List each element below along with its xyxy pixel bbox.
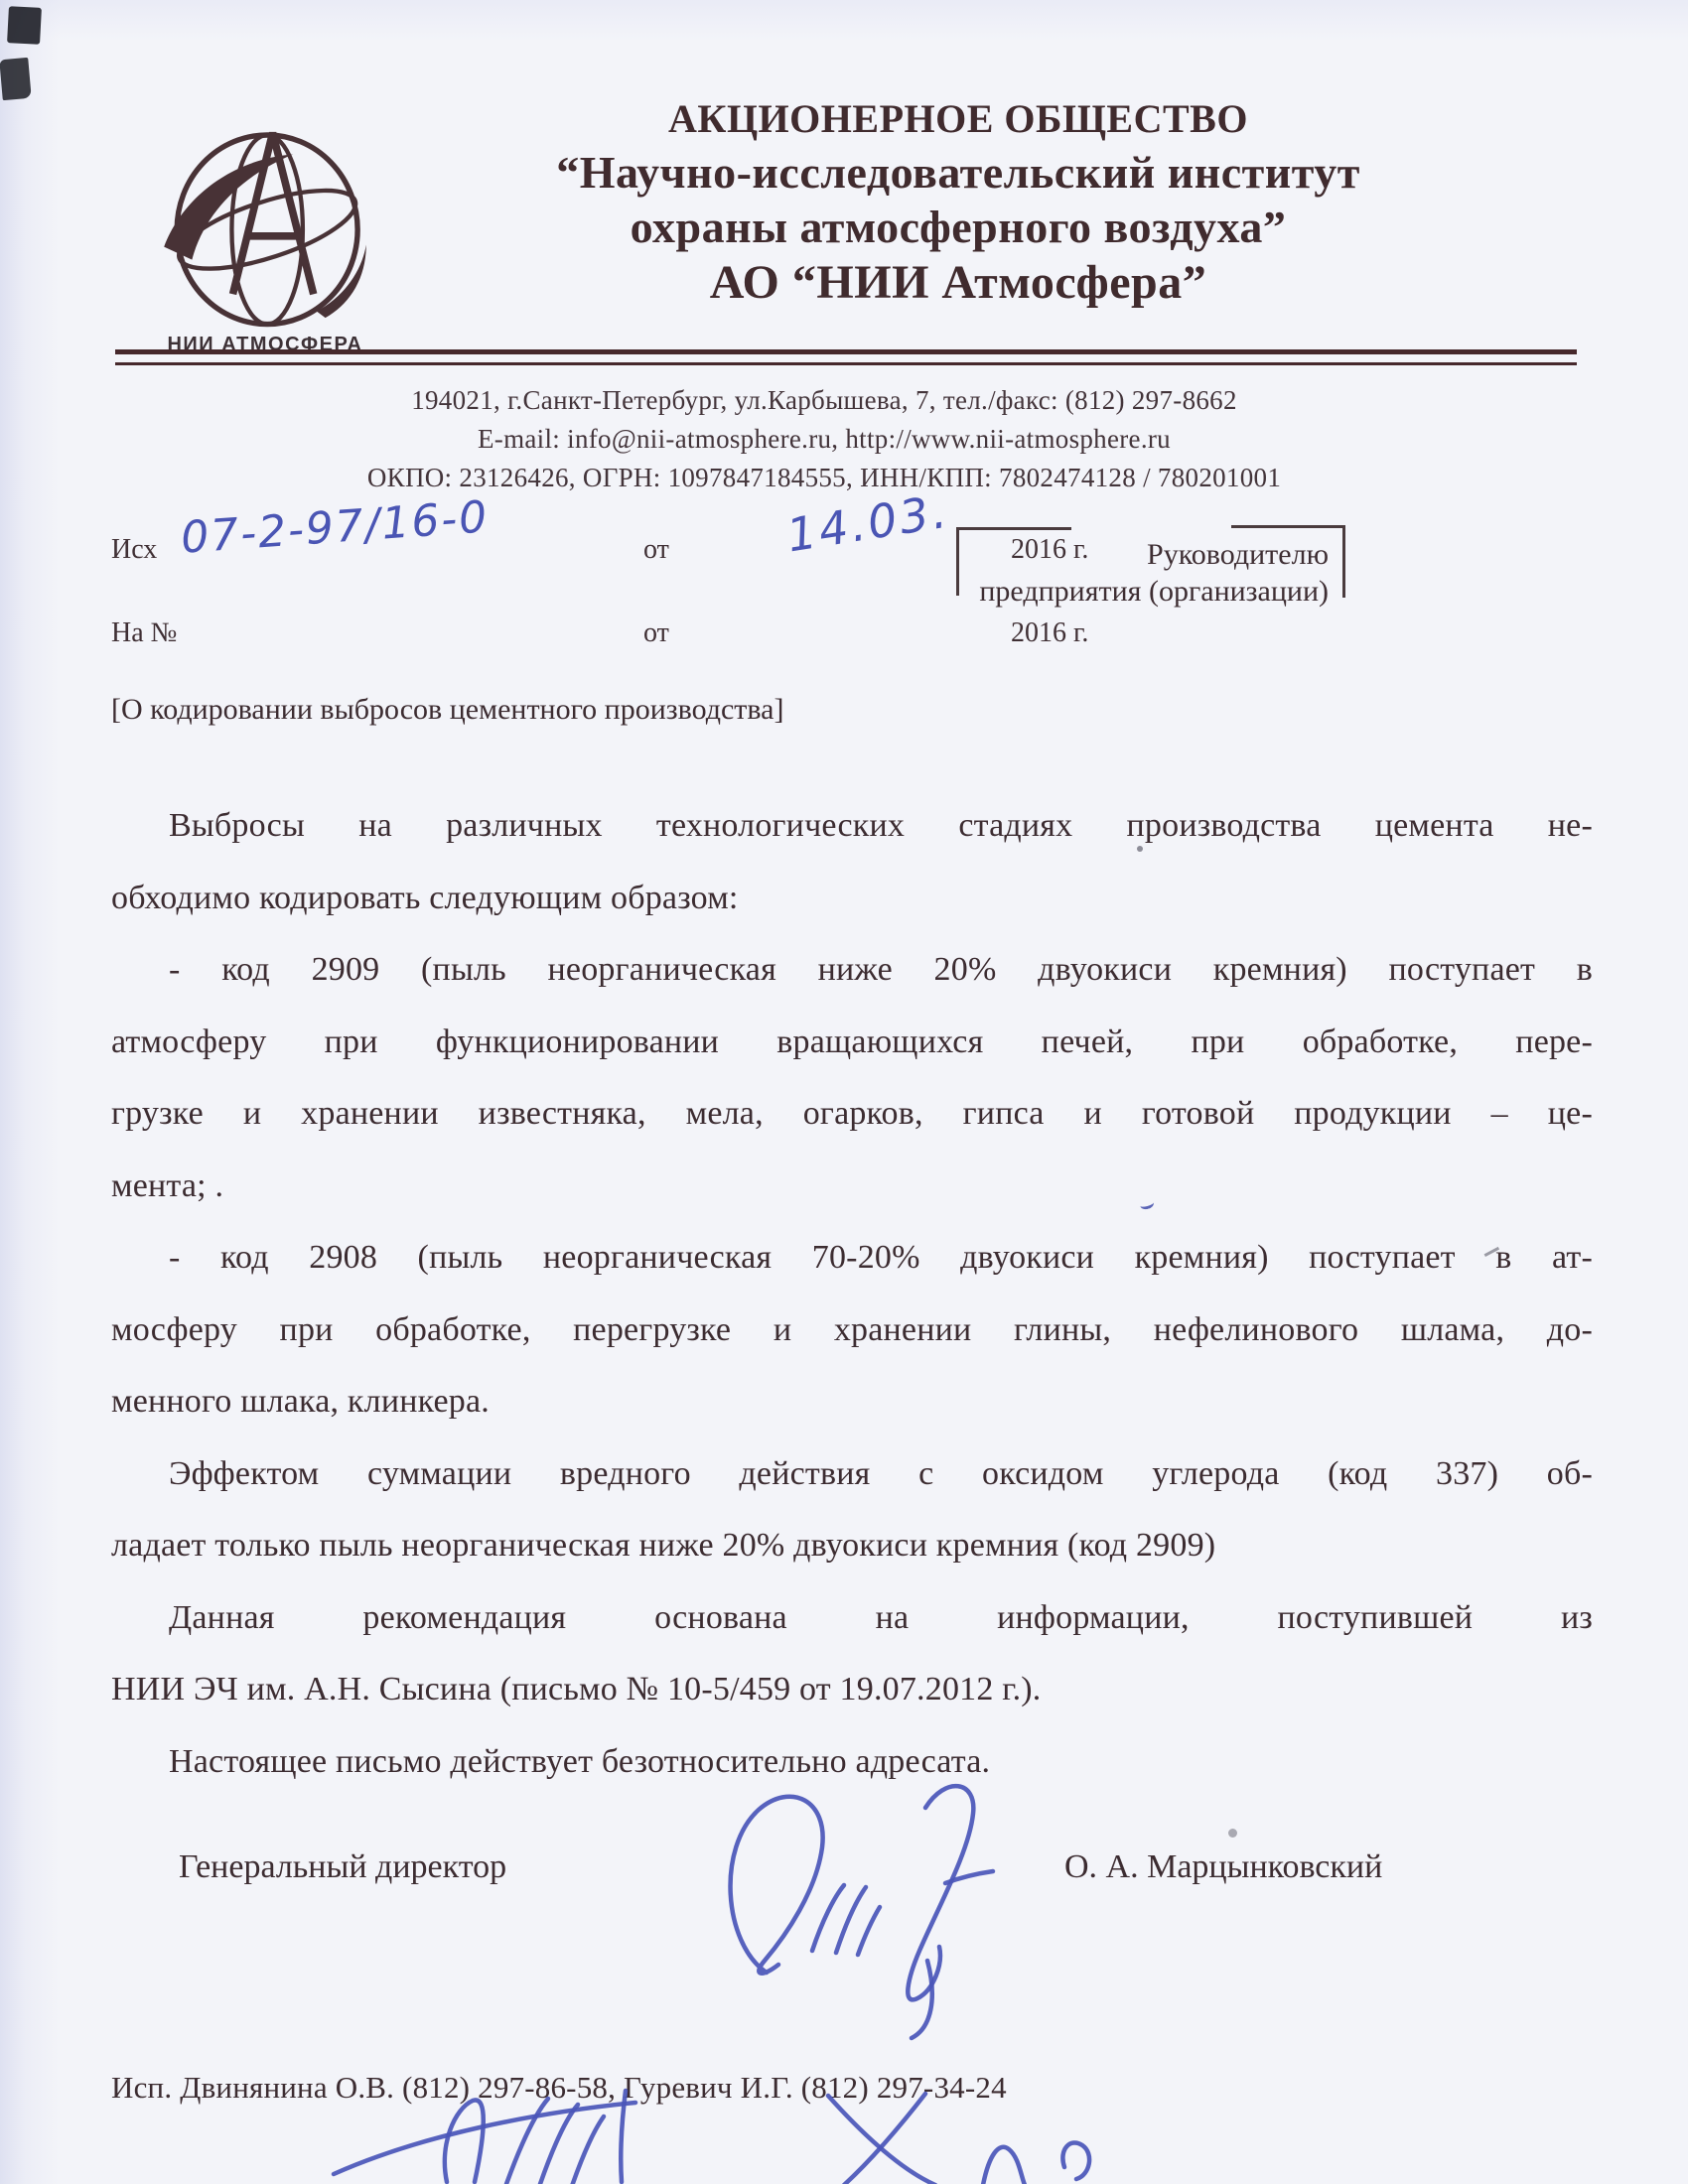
body-line: Эффектом суммации вредного действия с ок… [111,1438,1593,1511]
letter-body: Выбросы на различных технологических ста… [111,790,1593,1798]
subject-line: [О кодировании выбросов цементного произ… [111,693,784,727]
body-line: - код 2908 (пыль неорганическая 70-20% д… [111,1222,1593,1295]
signer-name: О. А. Марцынковский [1064,1848,1382,1886]
body-line: мента; . [111,1151,1593,1223]
scanned-letter-page: НИИ АТМОСФЕРА АКЦИОНЕРНОЕ ОБЩЕСТВО “Науч… [0,0,1688,2184]
body-line: менного шлака, клинкера. [111,1366,1593,1438]
incoming-from-label: от [643,617,669,649]
bottom-autograph-right [814,2090,1142,2184]
incoming-year: 2016 г. [1011,617,1088,649]
org-name-line-2: охраны атмосферного воздуха” [427,200,1489,254]
scan-speck [1228,1829,1237,1838]
body-line: мосферу при обработке, перегрузке и хран… [111,1295,1593,1367]
body-line: Данная рекомендация основана на информац… [111,1582,1593,1655]
bottom-autograph-left [328,2083,765,2184]
address-line: 194021, г.Санкт-Петербург, ул.Карбышева,… [268,381,1380,420]
scan-artifact [7,6,42,45]
scan-artifact [0,58,32,100]
outgoing-number-handwritten: 07-2-97/16-0 [180,491,491,564]
addressee-block: Руководителю предприятия (организации) [951,536,1329,610]
letterhead-title-block: АКЦИОНЕРНОЕ ОБЩЕСТВО “Научно-исследовате… [427,93,1489,312]
org-short-name: АО “НИИ Атмосфера” [427,254,1489,312]
addressee-line-2: предприятия (организации) [951,573,1329,610]
outgoing-from-label: от [643,534,669,566]
incoming-number-label: На № [111,617,177,649]
addressee-line-1: Руководителю [951,536,1329,573]
body-line: обходимо кодировать следующим образом: [111,863,1593,935]
body-line: грузке и хранении известняка, мела, огар… [111,1078,1593,1151]
header-double-rule [115,349,1577,365]
globe-logo-icon [157,109,373,330]
org-name-line-1: “Научно-исследовательский институт [427,145,1489,200]
contact-block: 194021, г.Санкт-Петербург, ул.Карбышева,… [268,381,1380,497]
body-line: ладает только пыль неорганическая ниже 2… [111,1510,1593,1582]
signer-position: Генеральный директор [179,1848,506,1886]
org-type: АКЦИОНЕРНОЕ ОБЩЕСТВО [427,93,1489,145]
director-autograph [695,1755,1003,2045]
scan-speck [1137,846,1143,852]
outgoing-number-label: Исх [111,534,157,566]
body-line: НИИ ЭЧ им. А.Н. Сысина (письмо № 10-5/45… [111,1654,1593,1726]
registry-line: ОКПО: 23126426, ОГРН: 1097847184555, ИНН… [268,459,1380,497]
email-line: E-mail: info@nii-atmosphere.ru, http://w… [268,420,1380,459]
body-line: атмосферу при функционировании вращающих… [111,1007,1593,1079]
body-line: Выбросы на различных технологических ста… [111,790,1593,863]
body-line: - код 2909 (пыль неорганическая ниже 20%… [111,934,1593,1007]
